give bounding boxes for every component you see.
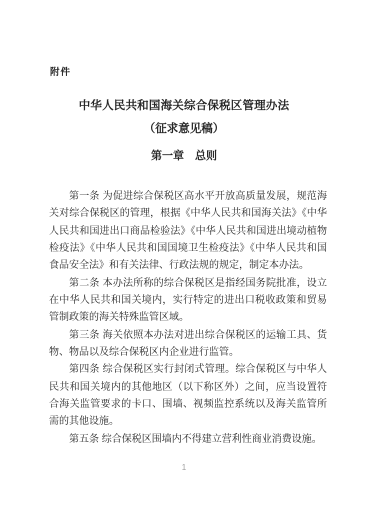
- document-body: 第一条 为促进综合保税区高水平开放高质量发展，规范海关对综合保税区的管理，根据《…: [49, 188, 327, 448]
- article-paragraph-5: 第五条 综合保税区围墙内不得建立营利性商业消费设施。: [49, 431, 327, 448]
- page-number: 1: [0, 463, 368, 472]
- attachment-label: 附件: [50, 67, 71, 79]
- chapter-heading: 第一章 总则: [0, 149, 368, 163]
- article-paragraph-1: 第一条 为促进综合保税区高水平开放高质量发展，规范海关对综合保税区的管理，根据《…: [49, 188, 327, 275]
- article-paragraph-4: 第四条 综合保税区实行封闭式管理。综合保税区与中华人民共和国关境内的其他地区（以…: [49, 361, 327, 430]
- document-title: 中华人民共和国海关综合保税区管理办法: [0, 99, 368, 113]
- article-paragraph-2: 第二条 本办法所称的综合保税区是指经国务院批准，设立在中华人民共和国关境内，实行…: [49, 275, 327, 327]
- document-page: 附件 中华人民共和国海关综合保税区管理办法 （征求意见稿） 第一章 总则 第一条…: [0, 0, 368, 520]
- document-subtitle: （征求意见稿）: [0, 122, 368, 136]
- article-paragraph-3: 第三条 海关依照本办法对进出综合保税区的运输工具、货物、物品以及综合保税区内企业…: [49, 327, 327, 362]
